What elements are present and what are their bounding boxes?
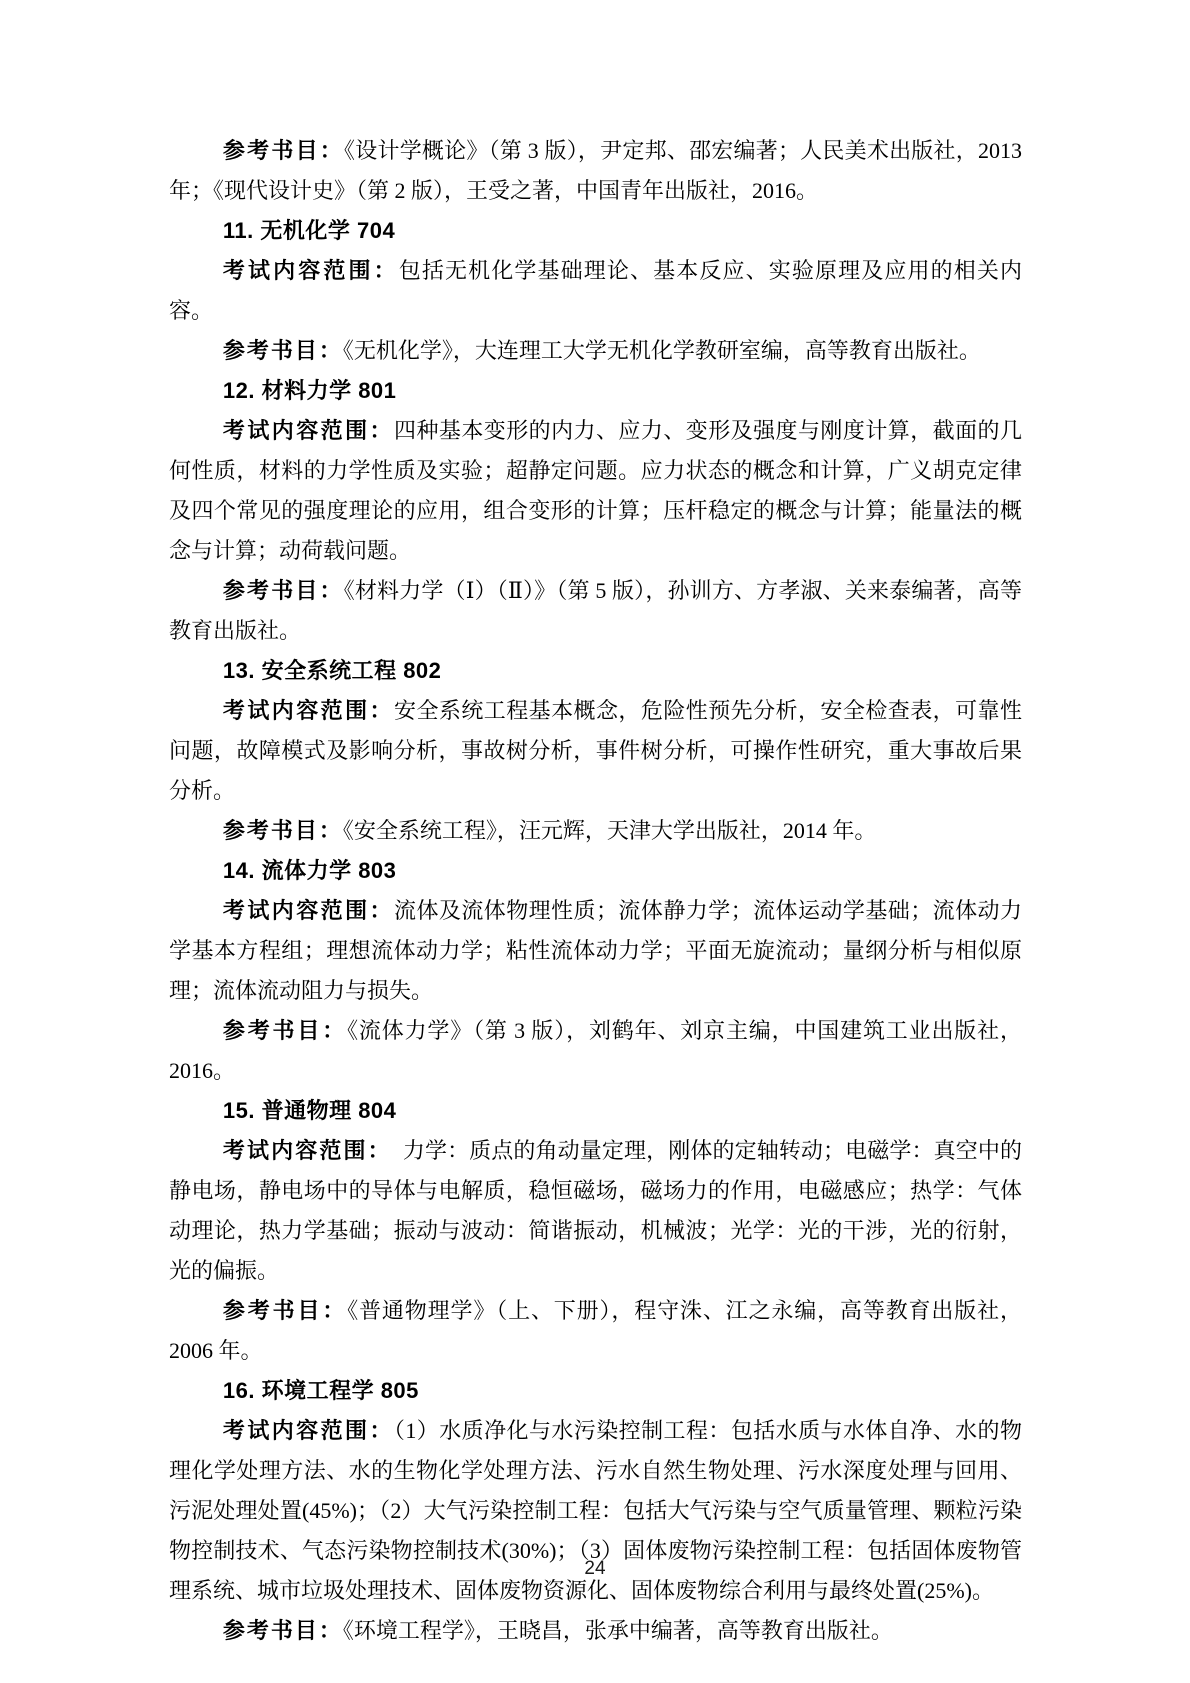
paragraph-label: 考试内容范围：	[223, 1418, 394, 1443]
document-page: 参考书目：《设计学概论》（第 3 版），尹定邦、邵宏编著；人民美术出版社，201…	[0, 0, 1190, 1683]
document-body: 参考书目：《设计学概论》（第 3 版），尹定邦、邵宏编著；人民美术出版社，201…	[169, 131, 1022, 1651]
paragraph: 参考书目：《普通物理学》（上、下册），程守洙、江之永编，高等教育出版社，2006…	[169, 1291, 1022, 1371]
section-heading: 13. 安全系统工程 802	[169, 651, 1022, 691]
paragraph: 考试内容范围： 力学：质点的角动量定理，刚体的定轴转动；电磁学：真空中的静电场，…	[169, 1131, 1022, 1291]
paragraph-text: 《安全系统工程》，汪元辉，天津大学出版社，2014 年。	[343, 818, 877, 843]
paragraph-label: 考试内容范围：	[223, 1138, 381, 1163]
paragraph: 参考书目：《材料力学（Ⅰ）（Ⅱ）》（第 5 版），孙训方、方孝淑、关来泰编著，高…	[169, 571, 1022, 651]
page-number: 24	[584, 1558, 605, 1579]
paragraph-label: 考试内容范围：	[223, 698, 394, 723]
paragraph-label: 参考书目：	[223, 1018, 347, 1043]
section-heading: 12. 材料力学 801	[169, 371, 1022, 411]
paragraph-label: 参考书目：	[223, 138, 344, 163]
paragraph: 参考书目：《无机化学》，大连理工大学无机化学教研室编，高等教育出版社。	[169, 331, 1022, 371]
paragraph: 参考书目：《流体力学》（第 3 版），刘鹤年、刘京主编，中国建筑工业出版社，20…	[169, 1011, 1022, 1091]
paragraph: 考试内容范围：四种基本变形的内力、应力、变形及强度与刚度计算，截面的几何性质，材…	[169, 411, 1022, 571]
paragraph: 参考书目：《安全系统工程》，汪元辉，天津大学出版社，2014 年。	[169, 811, 1022, 851]
paragraph-label: 参考书目：	[223, 338, 343, 363]
paragraph-label: 考试内容范围：	[223, 258, 399, 283]
paragraph-label: 考试内容范围：	[223, 898, 394, 923]
paragraph: 考试内容范围：安全系统工程基本概念，危险性预先分析，安全检查表，可靠性问题，故障…	[169, 691, 1022, 811]
paragraph: 参考书目：《环境工程学》，王晓昌，张承中编著，高等教育出版社。	[169, 1611, 1022, 1651]
paragraph-label: 参考书目：	[223, 1298, 347, 1323]
section-heading: 15. 普通物理 804	[169, 1091, 1022, 1131]
section-heading: 11. 无机化学 704	[169, 211, 1022, 251]
paragraph-text: 《环境工程学》，王晓昌，张承中编著，高等教育出版社。	[343, 1618, 893, 1643]
paragraph: 考试内容范围：包括无机化学基础理论、基本反应、实验原理及应用的相关内容。	[169, 251, 1022, 331]
paragraph: 考试内容范围：流体及流体物理性质；流体静力学；流体运动学基础；流体动力学基本方程…	[169, 891, 1022, 1011]
paragraph-label: 考试内容范围：	[223, 418, 394, 443]
page-footer: 24	[0, 1558, 1190, 1580]
paragraph: 考试内容范围：（1）水质净化与水污染控制工程：包括水质与水体自净、水的物理化学处…	[169, 1411, 1022, 1611]
section-heading: 16. 环境工程学 805	[169, 1371, 1022, 1411]
paragraph-label: 参考书目：	[223, 1618, 343, 1643]
paragraph-label: 参考书目：	[223, 578, 344, 603]
section-heading: 14. 流体力学 803	[169, 851, 1022, 891]
paragraph-label: 参考书目：	[223, 818, 343, 843]
paragraph-text: 《无机化学》，大连理工大学无机化学教研室编，高等教育出版社。	[343, 338, 981, 363]
paragraph: 参考书目：《设计学概论》（第 3 版），尹定邦、邵宏编著；人民美术出版社，201…	[169, 131, 1022, 211]
